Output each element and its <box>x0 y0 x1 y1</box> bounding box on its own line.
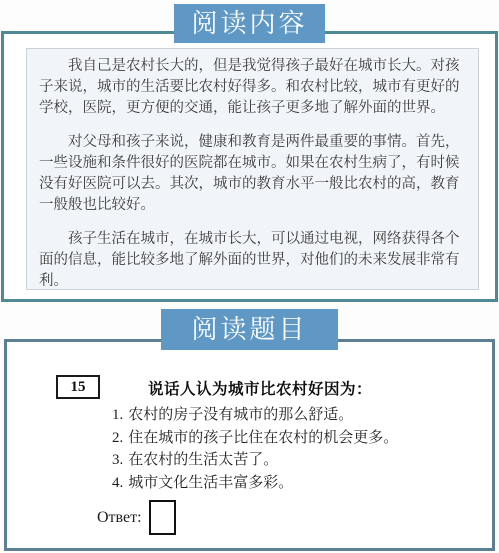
answer-label: Ответ: <box>97 509 142 527</box>
reading-questions-section: 阅读题目 15 说话人认为城市比农村好因为： 1.农村的房子没有城市的那么舒适。… <box>0 309 499 551</box>
option-1-text: 农村的房子没有城市的那么舒适。 <box>128 407 353 423</box>
reading-questions-header: 阅读题目 <box>161 309 337 350</box>
option-3-text: 在农村的生活太苦了。 <box>128 452 278 468</box>
option-1: 1.农村的房子没有城市的那么舒适。 <box>112 404 398 427</box>
question-number-box: 15 <box>56 375 100 399</box>
answer-row: Ответ: <box>97 500 176 535</box>
option-2-number: 2. <box>112 430 123 446</box>
reading-paragraph-1: 我自己是农村长大的，但是我觉得孩子最好在城市长大。对孩子来说，城市的生活要比农村… <box>39 56 466 119</box>
answer-input-box[interactable] <box>149 500 176 535</box>
worksheet-page: 阅读内容 我自己是农村长大的，但是我觉得孩子最好在城市长大。对孩子来说，城市的生… <box>0 0 499 553</box>
question-options-list: 1.农村的房子没有城市的那么舒适。 2.住在城市的孩子比住在农村的机会更多。 3… <box>112 404 398 494</box>
reading-content-header: 阅读内容 <box>174 4 324 43</box>
question-box: 15 说话人认为城市比农村好因为： 1.农村的房子没有城市的那么舒适。 2.住在… <box>4 339 495 551</box>
reading-paragraph-2: 对父母和孩子来说，健康和教育是两件最重要的事情。首先，一些设施和条件很好的医院都… <box>39 132 466 216</box>
option-3-number: 3. <box>112 452 123 468</box>
option-4-number: 4. <box>112 475 123 491</box>
option-4-text: 城市文化生活丰富多彩。 <box>128 475 293 491</box>
question-title: 说话人认为城市比农村好因为： <box>148 377 372 399</box>
option-3: 3.在农村的生活太苦了。 <box>112 449 398 472</box>
option-1-number: 1. <box>112 407 123 423</box>
reading-content-section: 阅读内容 我自己是农村长大的，但是我觉得孩子最好在城市长大。对孩子来说，城市的生… <box>0 4 499 302</box>
reading-text-panel: 我自己是农村长大的，但是我觉得孩子最好在城市长大。对孩子来说，城市的生活要比农村… <box>26 48 479 290</box>
reading-content-box: 我自己是农村长大的，但是我觉得孩子最好在城市长大。对孩子来说，城市的生活要比农村… <box>1 31 498 302</box>
option-4: 4.城市文化生活丰富多彩。 <box>112 472 398 495</box>
option-2-text: 住在城市的孩子比住在农村的机会更多。 <box>128 430 398 446</box>
option-2: 2.住在城市的孩子比住在农村的机会更多。 <box>112 427 398 450</box>
reading-paragraph-3: 孩子生活在城市，在城市长大，可以通过电视，网络获得各个面的信息，能比较多地了解外… <box>39 229 466 290</box>
